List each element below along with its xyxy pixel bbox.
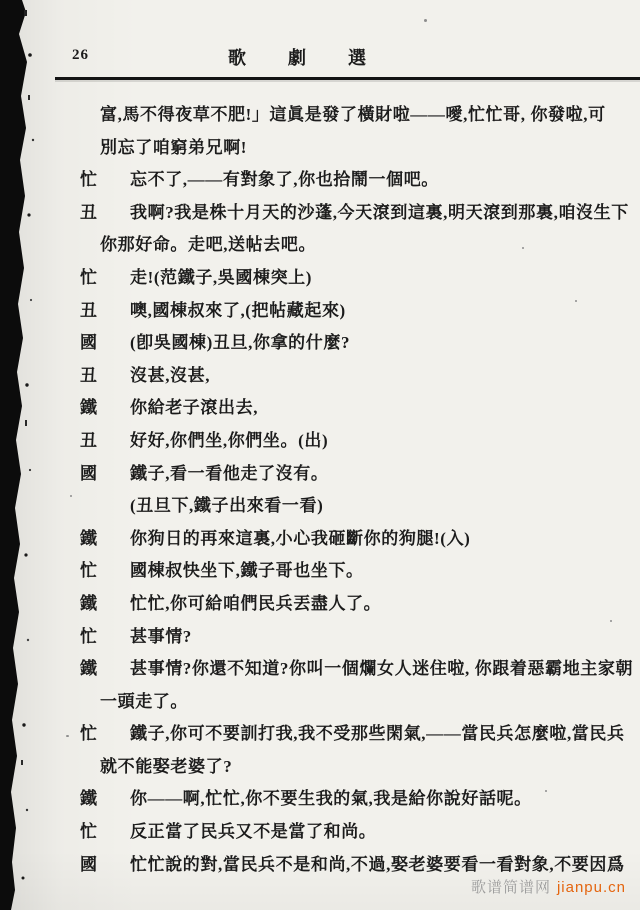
speaker-label: 鐵: [80, 653, 130, 686]
stage-direction-text: (丑旦下,鐵子出來看一看): [130, 490, 323, 523]
dialogue-text: 你——啊,忙忙,你不要生我的氣,我是給你說好話呢。: [130, 783, 532, 816]
dialogue-text: 你那好命。走吧,送帖去吧。: [100, 229, 316, 262]
stage-direction-line: (丑旦下,鐵子出來看一看): [130, 490, 638, 523]
page-title: 歌劇選: [228, 44, 408, 70]
header-rule: [55, 77, 640, 80]
speaker-label: 忙: [80, 621, 130, 654]
script-line: 一頭走了。: [100, 686, 638, 719]
script-line: 你那好命。走吧,送帖去吧。: [100, 229, 638, 262]
dialogue-text: 好好,你們坐,你們坐。(出): [130, 425, 328, 458]
script-line: 丑我啊?我是株十月天的沙蓬,今天滾到這裏,明天滾到那裏,咱沒生下: [80, 197, 638, 230]
script-line: 丑好好,你們坐,你們坐。(出): [80, 425, 638, 458]
page-number: 26: [72, 47, 89, 64]
scan-speckle: [424, 19, 427, 22]
dialogue-text: 甚事情?: [130, 621, 192, 654]
dialogue-text: 沒甚,沒甚,: [130, 360, 210, 393]
speaker-label: 鐵: [80, 523, 130, 556]
dialogue-text: 甚事情?你還不知道?你叫一個爛女人迷住啦, 你跟着惡霸地主家朝: [130, 653, 633, 686]
speaker-label: 忙: [80, 555, 130, 588]
script-line: 鐵你——啊,忙忙,你不要生我的氣,我是給你說好話呢。: [80, 783, 638, 816]
dialogue-text: 富,馬不得夜草不肥!」這眞是發了橫財啦——噯,忙忙哥, 你發啦,可: [100, 99, 606, 132]
dialogue-text: 鐵子,你可不要訓打我,我不受那些閑氣,——當民兵怎麼啦,當民兵: [130, 718, 625, 751]
script-line: 鐵忙忙,你可給咱們民兵丟盡人了。: [80, 588, 638, 621]
speaker-label: 鐵: [80, 392, 130, 425]
script-body: 富,馬不得夜草不肥!」這眞是發了橫財啦——噯,忙忙哥, 你發啦,可 別忘了咱窮弟…: [80, 99, 638, 881]
script-line: 忙鐵子,你可不要訓打我,我不受那些閑氣,——當民兵怎麼啦,當民兵: [80, 718, 638, 751]
script-line: 忙甚事情?: [80, 621, 638, 654]
speaker-label: 忙: [80, 164, 130, 197]
speaker-label: 忙: [80, 816, 130, 849]
speaker-label: 忙: [80, 262, 130, 295]
dialogue-text: (卽吳國棟)丑旦,你拿的什麼?: [130, 327, 350, 360]
script-line: 國(卽吳國棟)丑旦,你拿的什麼?: [80, 327, 638, 360]
dialogue-text: 你給老子滾出去,: [130, 392, 258, 425]
speaker-label: 鐵: [80, 783, 130, 816]
dialogue-text: 走!(范鐵子,吳國棟突上): [130, 262, 312, 295]
book-page: 26 歌劇選 富,馬不得夜草不肥!」這眞是發了橫財啦——噯,忙忙哥, 你發啦,可…: [0, 0, 640, 910]
dialogue-text: 一頭走了。: [100, 686, 188, 719]
speaker-label: 國: [80, 849, 130, 882]
dialogue-text: 忘不了,——有對象了,你也拾鬧一個吧。: [130, 164, 439, 197]
dialogue-text: 忙忙,你可給咱們民兵丟盡人了。: [130, 588, 381, 621]
scan-speckle: [70, 495, 72, 497]
speaker-label: 鐵: [80, 588, 130, 621]
speaker-label: 丑: [80, 197, 130, 230]
speaker-label: 丑: [80, 425, 130, 458]
speaker-label: 忙: [80, 718, 130, 751]
script-line: 忙忘不了,——有對象了,你也拾鬧一個吧。: [80, 164, 638, 197]
script-line: 鐵你狗日的再來這裏,小心我砸斷你的狗腿!(入): [80, 523, 638, 556]
script-line: 鐵甚事情?你還不知道?你叫一個爛女人迷住啦, 你跟着惡霸地主家朝: [80, 653, 638, 686]
script-line: 就不能娶老婆了?: [100, 751, 638, 784]
watermark-site-url: jianpu.cn: [557, 879, 626, 896]
script-line: 丑沒甚,沒甚,: [80, 360, 638, 393]
dialogue-text: 噢,國棟叔來了,(把帖藏起來): [130, 295, 346, 328]
watermark: 歌谱简谱网jianpu.cn: [471, 876, 626, 897]
watermark-site-name: 歌谱简谱网: [471, 879, 551, 896]
speaker-label: 丑: [80, 295, 130, 328]
dialogue-text: 就不能娶老婆了?: [100, 751, 232, 784]
script-line: 丑噢,國棟叔來了,(把帖藏起來): [80, 295, 638, 328]
script-line: 富,馬不得夜草不肥!」這眞是發了橫財啦——噯,忙忙哥, 你發啦,可: [100, 99, 638, 132]
dialogue-text: 別忘了咱窮弟兄啊!: [100, 132, 247, 165]
scan-speckle: [66, 735, 69, 737]
torn-page-edge: [0, 0, 46, 910]
dialogue-text: 鐵子,看一看他走了沒有。: [130, 458, 328, 491]
script-line: 忙走!(范鐵子,吳國棟突上): [80, 262, 638, 295]
speaker-label: 國: [80, 458, 130, 491]
script-line: 忙反正當了民兵又不是當了和尚。: [80, 816, 638, 849]
script-line: 別忘了咱窮弟兄啊!: [100, 132, 638, 165]
dialogue-text: 你狗日的再來這裏,小心我砸斷你的狗腿!(入): [130, 523, 470, 556]
dialogue-text: 反正當了民兵又不是當了和尚。: [130, 816, 376, 849]
script-line: 國鐵子,看一看他走了沒有。: [80, 458, 638, 491]
dialogue-text: 國棟叔快坐下,鐵子哥也坐下。: [130, 555, 364, 588]
script-line: 鐵你給老子滾出去,: [80, 392, 638, 425]
speaker-label: 國: [80, 327, 130, 360]
script-line: 忙國棟叔快坐下,鐵子哥也坐下。: [80, 555, 638, 588]
speaker-label: 丑: [80, 360, 130, 393]
dialogue-text: 我啊?我是株十月天的沙蓬,今天滾到這裏,明天滾到那裏,咱沒生下: [130, 197, 629, 230]
